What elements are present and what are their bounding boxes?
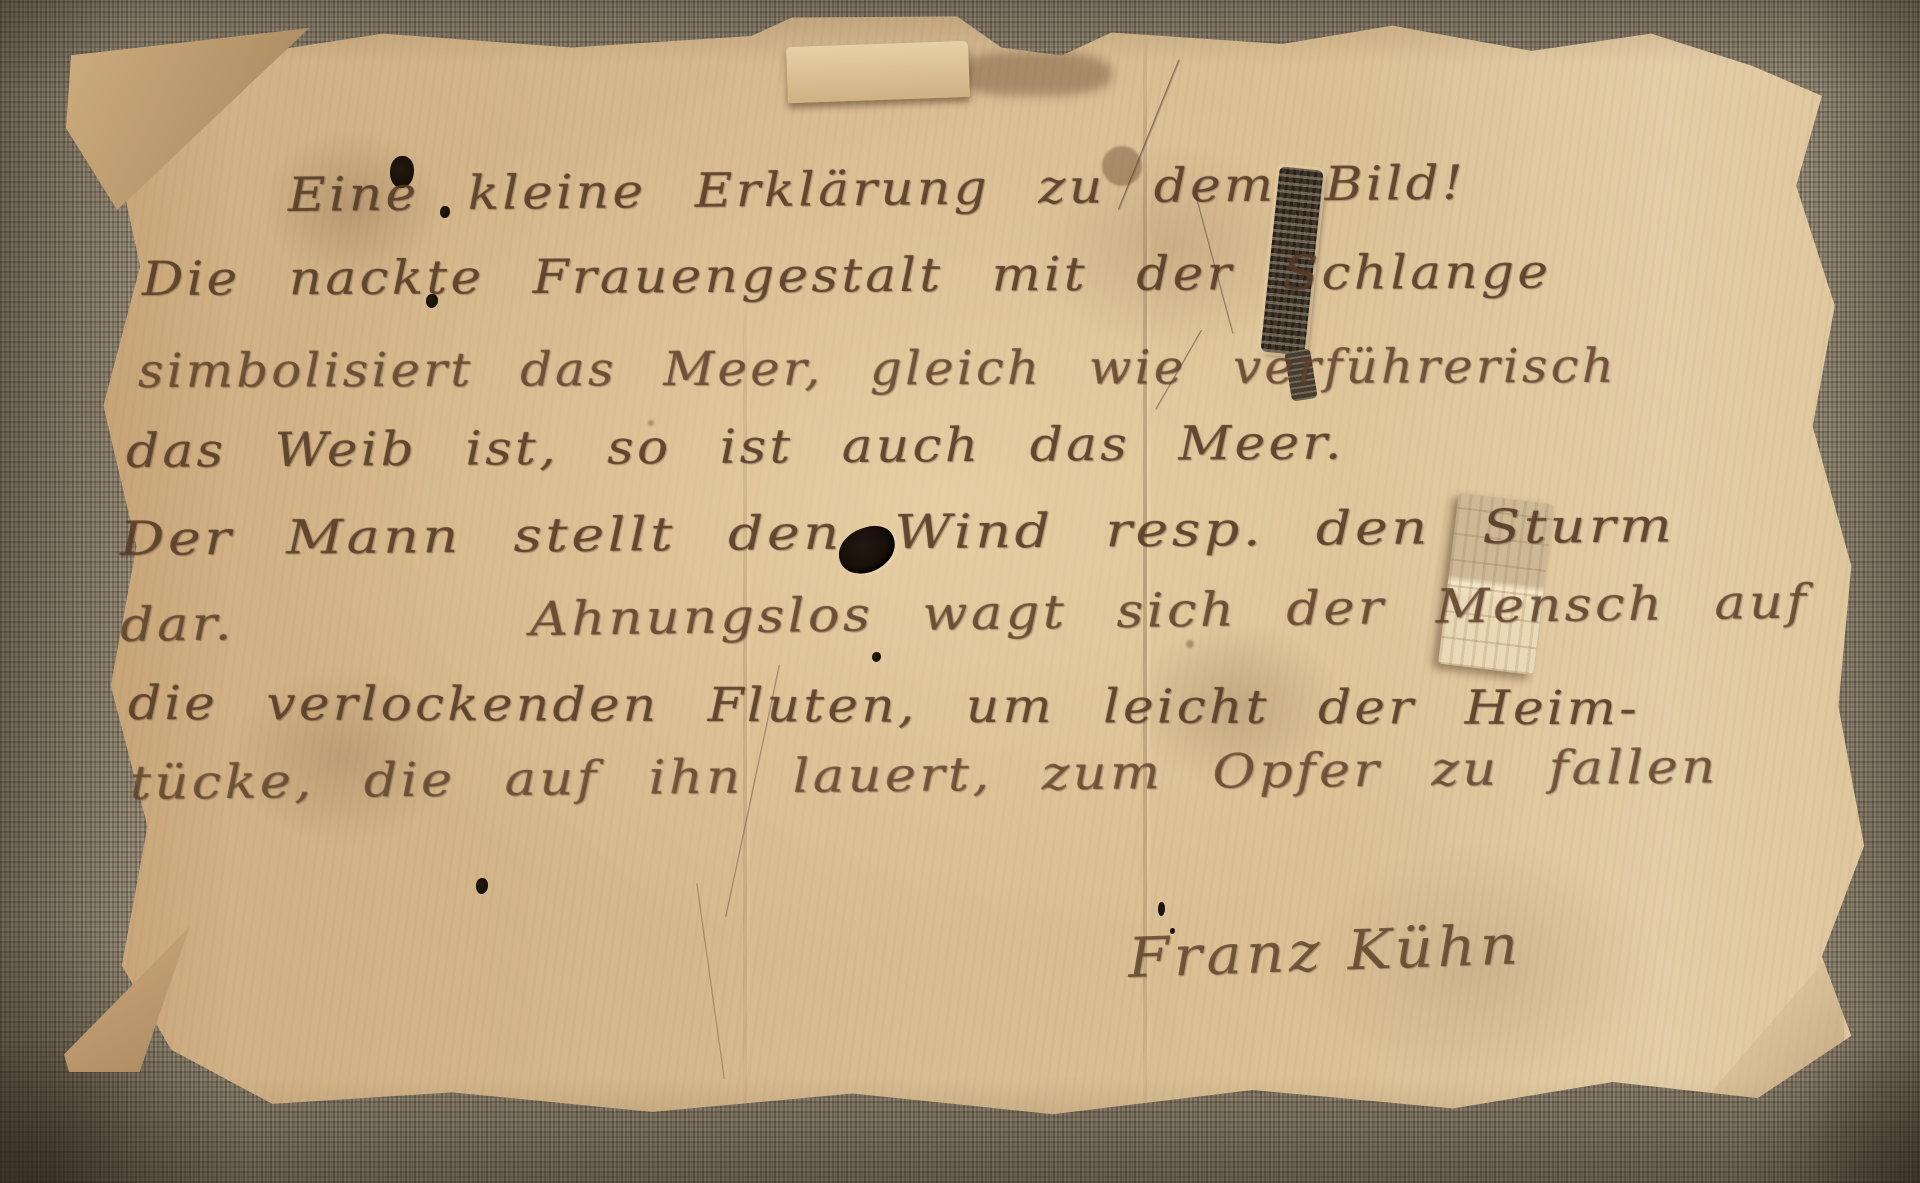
handwriting-line-7: die verlockenden Fluten, um leicht der H… — [128, 676, 1640, 736]
speck — [872, 652, 881, 662]
photograph-of-handwritten-note: Eine kleine Erklärung zu dem Bild! Die n… — [0, 0, 1920, 1183]
torn-notch-shadow — [954, 52, 1112, 96]
speck — [1186, 640, 1194, 648]
torn-paper-tab — [786, 41, 970, 103]
speck — [476, 878, 488, 894]
handwriting-line-2: Die nackte Frauengestalt mit der Schlang… — [142, 245, 1552, 307]
speck — [1158, 902, 1165, 916]
handwriting-line-3: simbolisiert das Meer, gleich wie verfüh… — [138, 339, 1617, 399]
tear-crack — [696, 883, 726, 1079]
handwriting-line-4: das Weib ist, so ist auch das Meer. — [126, 415, 1345, 479]
